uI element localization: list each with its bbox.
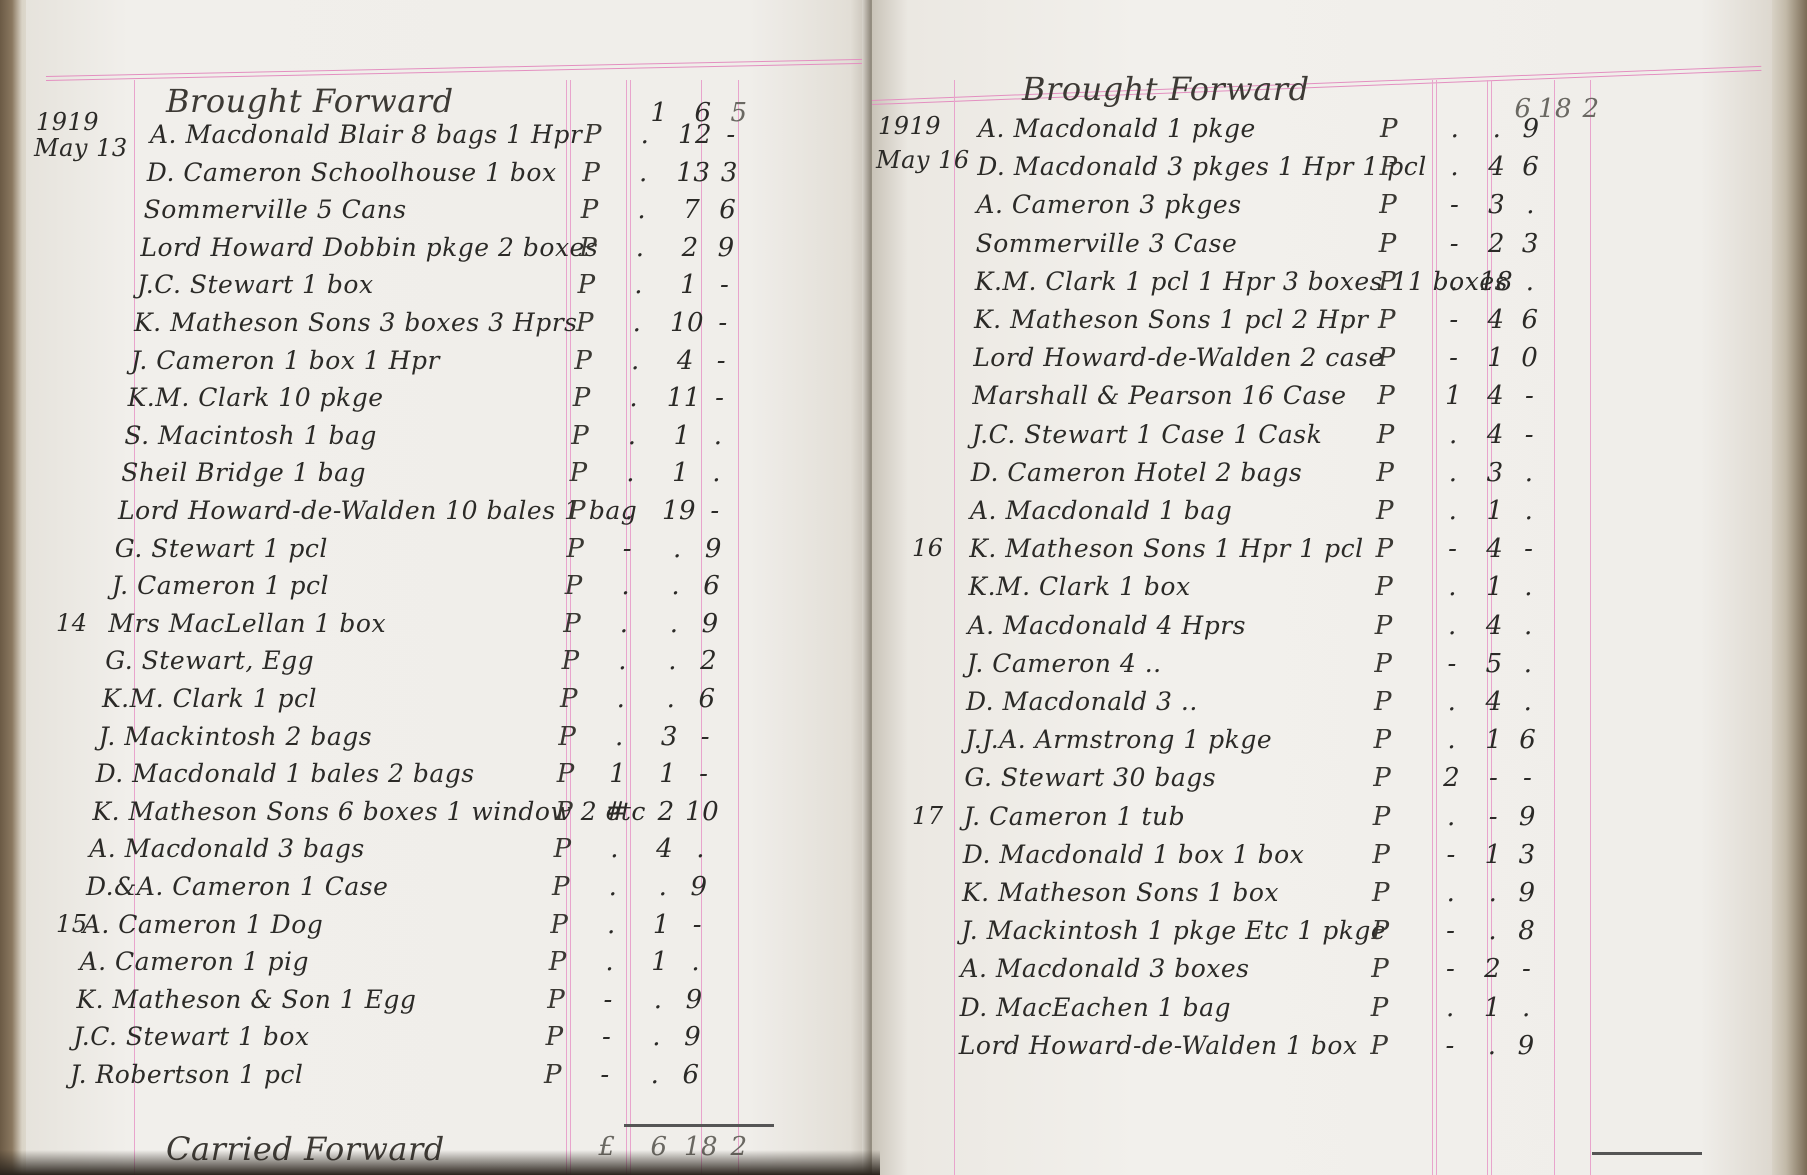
right-month-day: May 16 bbox=[876, 146, 970, 174]
amount-pence: - bbox=[678, 910, 716, 940]
entry-description: J.C. Stewart 1 box bbox=[73, 1020, 309, 1054]
checked-mark: P bbox=[1376, 496, 1394, 526]
entry-description: S. Macintosh 1 bag bbox=[124, 419, 376, 453]
entry-description: J. Cameron 1 box 1 Hpr bbox=[131, 344, 440, 378]
amount-pounds: . bbox=[613, 421, 651, 451]
amount-shillings: 2 bbox=[671, 233, 709, 263]
left-heading: Brought Forward bbox=[166, 82, 454, 120]
shillings-column-rule bbox=[1554, 80, 1555, 1175]
amount-pence: . bbox=[1509, 649, 1547, 679]
checked-mark: P bbox=[563, 609, 581, 639]
amount-pence: 10 bbox=[683, 797, 721, 827]
ledger-book: Brought Forward 1919 May 13 1 6 5 A. Mac… bbox=[0, 0, 1807, 1175]
amount-pounds: . bbox=[1431, 993, 1469, 1023]
amount-pounds: . bbox=[1433, 687, 1471, 717]
amount-pounds: . bbox=[626, 120, 664, 150]
amount-pence: 6 bbox=[1512, 152, 1550, 182]
amount-pence: 6 bbox=[672, 1060, 710, 1090]
amount-pounds: - bbox=[1431, 1031, 1469, 1061]
amount-pence: 6 bbox=[688, 684, 726, 714]
checked-mark: P bbox=[1380, 152, 1398, 182]
amount-pence: 9 bbox=[691, 609, 729, 639]
amount-shillings: . bbox=[652, 684, 690, 714]
checked-mark: P bbox=[552, 872, 570, 902]
amount-shillings: 2 bbox=[647, 797, 685, 827]
entry-description: Lord Howard-de-Walden 2 case bbox=[973, 341, 1384, 375]
entry-description: J. Cameron 4 .. bbox=[967, 647, 1162, 681]
right-year: 1919 bbox=[878, 112, 941, 140]
amount-pence: . bbox=[1509, 687, 1547, 717]
checked-mark: P bbox=[1375, 611, 1393, 641]
amount-pounds: . bbox=[1434, 420, 1472, 450]
checked-mark: P bbox=[566, 534, 584, 564]
checked-mark: P bbox=[555, 797, 573, 827]
amount-shillings: 3 bbox=[1478, 190, 1516, 220]
amount-pounds: . bbox=[1432, 802, 1470, 832]
entry-description: A. Macdonald Blair 8 bags 1 Hpr bbox=[150, 118, 582, 152]
amount-shillings: 1 bbox=[1475, 725, 1513, 755]
checked-mark: P bbox=[581, 195, 599, 225]
amount-pence: . bbox=[682, 834, 720, 864]
amount-pounds: - bbox=[1432, 840, 1470, 870]
entry-description: A. Macdonald 3 bags bbox=[89, 832, 365, 866]
amount-pounds: . bbox=[604, 646, 642, 676]
amount-shillings: 1 bbox=[663, 421, 701, 451]
checked-mark: P bbox=[1380, 114, 1398, 144]
amount-pence: - bbox=[1511, 381, 1549, 411]
amount-pence: 3 bbox=[710, 158, 748, 188]
amount-shillings: 3 bbox=[650, 722, 688, 752]
amount-shillings: 11 bbox=[665, 383, 703, 413]
amount-shillings: 4 bbox=[1476, 420, 1514, 450]
entry-description: D.&A. Cameron 1 Case bbox=[86, 870, 388, 904]
amount-pounds: . bbox=[1436, 152, 1474, 182]
amount-pence: 9 bbox=[1507, 1031, 1545, 1061]
amount-pence: - bbox=[1509, 763, 1547, 793]
checked-mark: P bbox=[546, 1022, 564, 1052]
amount-shillings: 1 bbox=[641, 947, 679, 977]
checked-mark: P bbox=[554, 834, 572, 864]
amount-pounds: - bbox=[1433, 649, 1471, 679]
total-rule bbox=[624, 1124, 774, 1127]
amount-shillings: 12 bbox=[676, 120, 714, 150]
entry-description: A. Macdonald 1 pkge bbox=[978, 112, 1256, 146]
amount-pence: 9 bbox=[694, 534, 732, 564]
left-year: 1919 bbox=[36, 108, 99, 136]
entry-description: Lord Howard-de-Walden 1 box bbox=[959, 1029, 1358, 1063]
amount-pounds: . bbox=[594, 872, 632, 902]
amount-pounds: . bbox=[621, 233, 659, 263]
amount-shillings: . bbox=[1474, 878, 1512, 908]
checked-mark: P bbox=[1370, 1031, 1388, 1061]
amount-pence: . bbox=[1510, 458, 1548, 488]
amount-shillings: . bbox=[1473, 1031, 1511, 1061]
amount-pence: 9 bbox=[680, 872, 718, 902]
amount-pounds: . bbox=[1434, 458, 1472, 488]
amount-pounds: - bbox=[1432, 916, 1470, 946]
amount-shillings: 1 bbox=[662, 458, 700, 488]
amount-shillings: 4 bbox=[666, 346, 704, 376]
amount-pounds: . bbox=[616, 346, 654, 376]
amount-pence: - bbox=[702, 346, 740, 376]
amount-pounds: - bbox=[1435, 305, 1473, 335]
checked-mark: P bbox=[1378, 343, 1396, 373]
amount-pounds: - bbox=[586, 1060, 624, 1090]
amount-pence: 6 bbox=[1509, 725, 1547, 755]
amount-shillings: 4 bbox=[1475, 611, 1513, 641]
checked-mark: P bbox=[1372, 916, 1390, 946]
left-month-day: May 13 bbox=[34, 134, 128, 162]
amount-pence: . bbox=[1507, 993, 1545, 1023]
checked-mark: P bbox=[570, 458, 588, 488]
amount-pence: 6 bbox=[693, 571, 731, 601]
amount-pounds: - bbox=[589, 985, 627, 1015]
amount-pence: 9 bbox=[1512, 114, 1550, 144]
entry-date: 16 bbox=[912, 534, 944, 562]
entry-description: D. MacEachen 1 bag bbox=[960, 991, 1231, 1025]
amount-pounds: 1 bbox=[599, 759, 637, 789]
amount-shillings: 1 bbox=[1474, 840, 1512, 870]
checked-mark: P bbox=[1379, 190, 1397, 220]
entry-description: J.C. Stewart 1 Case 1 Cask bbox=[972, 418, 1323, 452]
checked-mark: P bbox=[560, 684, 578, 714]
checked-mark: P bbox=[579, 233, 597, 263]
checked-mark: P bbox=[1376, 458, 1394, 488]
amount-pounds: 1 bbox=[1435, 381, 1473, 411]
amount-shillings: . bbox=[638, 1022, 676, 1052]
amount-pounds: . bbox=[1434, 572, 1472, 602]
checked-mark: P bbox=[1371, 993, 1389, 1023]
amount-pence: - bbox=[1508, 954, 1546, 984]
checked-mark: P bbox=[576, 308, 594, 338]
right-bf-pence: 2 bbox=[1572, 94, 1610, 124]
amount-pounds: . bbox=[592, 910, 630, 940]
checked-mark: P bbox=[550, 910, 568, 940]
entry-description: K.M. Clark 10 pkge bbox=[128, 381, 384, 415]
checked-mark: P bbox=[582, 158, 600, 188]
header-rule bbox=[872, 66, 1761, 105]
amount-pounds: . bbox=[1432, 878, 1470, 908]
amount-pence: - bbox=[1510, 420, 1548, 450]
amount-pence: 9 bbox=[707, 233, 745, 263]
amount-pounds: # bbox=[597, 797, 635, 827]
amount-pence: 2 bbox=[690, 646, 728, 676]
entry-description: A. Cameron 1 pig bbox=[80, 945, 309, 979]
page-edge bbox=[1772, 0, 1807, 1175]
checked-mark: P bbox=[1374, 649, 1392, 679]
amount-shillings: 19 bbox=[660, 496, 698, 526]
checked-mark: P bbox=[574, 346, 592, 376]
amount-shillings: 1 bbox=[1477, 343, 1515, 373]
amount-shillings: 1 bbox=[670, 270, 708, 300]
checked-mark: P bbox=[573, 383, 591, 413]
checked-mark: P bbox=[568, 496, 586, 526]
amount-pence: - bbox=[706, 270, 744, 300]
entry-description: K. Matheson Sons 1 box bbox=[962, 876, 1279, 910]
amount-shillings: 4 bbox=[1477, 305, 1515, 335]
checked-mark: P bbox=[1372, 840, 1390, 870]
amount-pence: . bbox=[1512, 190, 1550, 220]
entry-description: K. Matheson & Son 1 Egg bbox=[76, 983, 416, 1017]
amount-shillings: . bbox=[1474, 916, 1512, 946]
checked-mark: P bbox=[1375, 572, 1393, 602]
checked-mark: P bbox=[547, 985, 565, 1015]
entry-description: K.M. Clark 1 pcl bbox=[102, 682, 317, 716]
amount-pence: 9 bbox=[1508, 878, 1546, 908]
checked-mark: P bbox=[562, 646, 580, 676]
pence-column-rule bbox=[1590, 80, 1591, 1175]
entry-description: D. Macdonald 1 bales 2 bags bbox=[96, 757, 475, 791]
amount-shillings: . bbox=[654, 646, 692, 676]
entry-description: A. Macdonald 1 bag bbox=[970, 494, 1232, 528]
checked-mark: P bbox=[584, 120, 602, 150]
entry-date: 17 bbox=[912, 802, 944, 830]
amount-pounds: . bbox=[607, 571, 645, 601]
amount-pounds: - bbox=[1434, 534, 1472, 564]
amount-pence: - bbox=[686, 722, 724, 752]
checked-mark: P bbox=[578, 270, 596, 300]
amount-shillings: . bbox=[636, 1060, 674, 1090]
amount-pounds: . bbox=[624, 158, 662, 188]
entry-description: J.C. Stewart 1 box bbox=[137, 268, 373, 302]
amount-pence: 9 bbox=[675, 985, 713, 1015]
amount-pounds: . bbox=[1433, 725, 1471, 755]
entry-description: J.J.A. Armstrong 1 pkge bbox=[965, 723, 1272, 757]
amount-pounds: . bbox=[1435, 267, 1473, 297]
amount-shillings: 1 bbox=[1473, 993, 1511, 1023]
date-column-rule bbox=[954, 80, 955, 1175]
amount-pence: - bbox=[712, 120, 750, 150]
amount-shillings: 5 bbox=[1475, 649, 1513, 679]
checked-mark: P bbox=[1372, 878, 1390, 908]
amount-pounds: . bbox=[610, 496, 648, 526]
entry-description: A. Macdonald 4 Hprs bbox=[968, 609, 1246, 643]
checked-mark: P bbox=[1378, 267, 1396, 297]
amount-pounds: . bbox=[615, 383, 653, 413]
entry-description: J. Robertson 1 pcl bbox=[70, 1058, 303, 1092]
checked-mark: P bbox=[1379, 229, 1397, 259]
amount-shillings: 2 bbox=[1474, 954, 1512, 984]
checked-mark: P bbox=[544, 1060, 562, 1090]
amount-pounds: . bbox=[612, 458, 650, 488]
amount-pence: 3 bbox=[1511, 229, 1549, 259]
checked-mark: P bbox=[565, 571, 583, 601]
amount-pence: 6 bbox=[709, 195, 747, 225]
left-page: Brought Forward 1919 May 13 1 6 5 A. Mac… bbox=[26, 0, 876, 1175]
amount-shillings: . bbox=[655, 609, 693, 639]
entry-description: D. Macdonald 1 box 1 box bbox=[963, 838, 1305, 872]
amount-pence: . bbox=[1511, 267, 1549, 297]
amount-pence: - bbox=[704, 308, 742, 338]
amount-pounds: . bbox=[596, 834, 634, 864]
amount-pounds: - bbox=[1435, 229, 1473, 259]
amount-shillings: 4 bbox=[1475, 687, 1513, 717]
entry-description: Sommerville 3 Case bbox=[976, 227, 1238, 261]
amount-pounds: . bbox=[605, 609, 643, 639]
checked-mark: P bbox=[1377, 381, 1395, 411]
checked-mark: P bbox=[571, 421, 589, 451]
amount-shillings: 3 bbox=[1476, 458, 1514, 488]
amount-shillings: - bbox=[1474, 802, 1512, 832]
checked-mark: P bbox=[1373, 802, 1391, 832]
amount-pounds: 2 bbox=[1433, 763, 1471, 793]
checked-mark: P bbox=[557, 759, 575, 789]
amount-shillings: . bbox=[644, 872, 682, 902]
entry-description: K. Matheson Sons 1 pcl 2 Hpr bbox=[974, 303, 1368, 337]
amount-pence: - bbox=[696, 496, 734, 526]
amount-shillings: . bbox=[658, 534, 696, 564]
amount-shillings: 10 bbox=[668, 308, 706, 338]
amount-pence: . bbox=[698, 458, 736, 488]
amount-shillings: . bbox=[639, 985, 677, 1015]
amount-shillings: . bbox=[657, 571, 695, 601]
amount-pounds: - bbox=[1432, 954, 1470, 984]
amount-shillings: 4 bbox=[1476, 534, 1514, 564]
checked-mark: P bbox=[1377, 420, 1395, 450]
amount-shillings: 2 bbox=[1477, 229, 1515, 259]
amount-pence: 0 bbox=[1511, 343, 1549, 373]
amount-shillings: 4 bbox=[1478, 152, 1516, 182]
amount-pence: . bbox=[699, 421, 737, 451]
entry-description: J. Cameron 1 pcl bbox=[112, 569, 329, 603]
entry-description: A. Cameron 3 pkges bbox=[976, 188, 1241, 222]
entry-description: D. Macdonald 3 pkges 1 Hpr 1 pcl bbox=[977, 150, 1427, 184]
amount-pence: . bbox=[1510, 572, 1548, 602]
amount-pence: . bbox=[1509, 611, 1547, 641]
amount-shillings: 18 bbox=[1477, 267, 1515, 297]
amount-pounds: - bbox=[1435, 343, 1473, 373]
amount-shillings: 7 bbox=[673, 195, 711, 225]
amount-shillings: - bbox=[1475, 763, 1513, 793]
checked-mark: P bbox=[558, 722, 576, 752]
entry-description: J. Mackintosh 1 pkge Etc 1 pkge bbox=[961, 914, 1386, 948]
entry-description: D. Cameron Hotel 2 bags bbox=[971, 456, 1302, 490]
entry-description: Lord Howard Dobbin pkge 2 boxes bbox=[140, 231, 598, 265]
entry-date: 14 bbox=[56, 609, 88, 637]
entry-description: G. Stewart, Egg bbox=[105, 644, 314, 678]
entry-description: G. Stewart 1 pcl bbox=[115, 532, 328, 566]
entry-description: D. Cameron Schoolhouse 1 box bbox=[147, 156, 557, 190]
amount-pence: 9 bbox=[674, 1022, 712, 1052]
entry-description: D. Macdonald 3 .. bbox=[966, 685, 1198, 719]
amount-pounds: - bbox=[1436, 190, 1474, 220]
entry-description: Sheil Bridge 1 bag bbox=[121, 456, 366, 490]
checked-mark: P bbox=[1374, 725, 1392, 755]
entry-description: Mrs MacLellan 1 box bbox=[108, 607, 386, 641]
checked-mark: P bbox=[549, 947, 567, 977]
entry-description: K.M. Clark 1 pcl 1 Hpr 3 boxes 11 boxes bbox=[975, 265, 1508, 299]
amount-pounds: . bbox=[602, 684, 640, 714]
checked-mark: P bbox=[1378, 305, 1396, 335]
amount-pounds: - bbox=[588, 1022, 626, 1052]
entry-description: J. Mackintosh 2 bags bbox=[99, 720, 372, 754]
amount-pounds: . bbox=[1436, 114, 1474, 144]
amount-pence: 3 bbox=[1508, 840, 1546, 870]
entry-description: Marshall & Pearson 16 Case bbox=[972, 379, 1346, 413]
amount-shillings: 4 bbox=[1477, 381, 1515, 411]
entry-description: A. Cameron 1 Dog bbox=[83, 908, 323, 942]
amount-pence: . bbox=[677, 947, 715, 977]
amount-pence: 9 bbox=[1508, 802, 1546, 832]
amount-shillings: 1 bbox=[649, 759, 687, 789]
amount-pence: 8 bbox=[1508, 916, 1546, 946]
entry-description: K.M. Clark 1 box bbox=[968, 570, 1190, 604]
amount-shillings: 1 bbox=[1476, 496, 1514, 526]
amount-pence: 6 bbox=[1511, 305, 1549, 335]
header-rule bbox=[46, 58, 876, 81]
checked-mark: P bbox=[1371, 954, 1389, 984]
total-rule bbox=[1592, 1152, 1702, 1155]
bottom-shadow bbox=[0, 1150, 880, 1175]
entry-description: K. Matheson Sons 3 boxes 3 Hprs bbox=[134, 306, 578, 340]
amount-pounds: . bbox=[620, 270, 658, 300]
entry-description: K. Matheson Sons 1 Hpr 1 pcl bbox=[969, 532, 1363, 566]
entry-description: Lord Howard-de-Walden 10 bales 1 bag bbox=[118, 494, 637, 528]
amount-pounds: . bbox=[618, 308, 656, 338]
amount-pounds: . bbox=[1434, 496, 1472, 526]
checked-mark: P bbox=[1376, 534, 1394, 564]
right-page: Brought Forward 1919 May 16 6 18 2 A. Ma… bbox=[872, 0, 1772, 1175]
amount-pounds: . bbox=[600, 722, 638, 752]
checked-mark: P bbox=[1374, 687, 1392, 717]
entry-description: J. Cameron 1 tub bbox=[964, 800, 1186, 834]
amount-pounds: . bbox=[1433, 611, 1471, 641]
entry-description: G. Stewart 30 bags bbox=[964, 761, 1216, 795]
amount-shillings: 1 bbox=[1476, 572, 1514, 602]
checked-mark: P bbox=[1373, 763, 1391, 793]
amount-shillings: 1 bbox=[642, 910, 680, 940]
amount-shillings: . bbox=[1478, 114, 1516, 144]
amount-pence: - bbox=[701, 383, 739, 413]
right-heading: Brought Forward bbox=[1022, 70, 1310, 108]
amount-pence: - bbox=[1510, 534, 1548, 564]
amount-pounds: - bbox=[608, 534, 646, 564]
entry-description: Sommerville 5 Cans bbox=[144, 193, 407, 227]
amount-pounds: . bbox=[623, 195, 661, 225]
amount-pence: - bbox=[685, 759, 723, 789]
amount-pence: . bbox=[1510, 496, 1548, 526]
amount-shillings: 13 bbox=[674, 158, 712, 188]
entry-description: A. Macdonald 3 boxes bbox=[960, 952, 1249, 986]
amount-pounds: . bbox=[591, 947, 629, 977]
amount-shillings: 4 bbox=[646, 834, 684, 864]
